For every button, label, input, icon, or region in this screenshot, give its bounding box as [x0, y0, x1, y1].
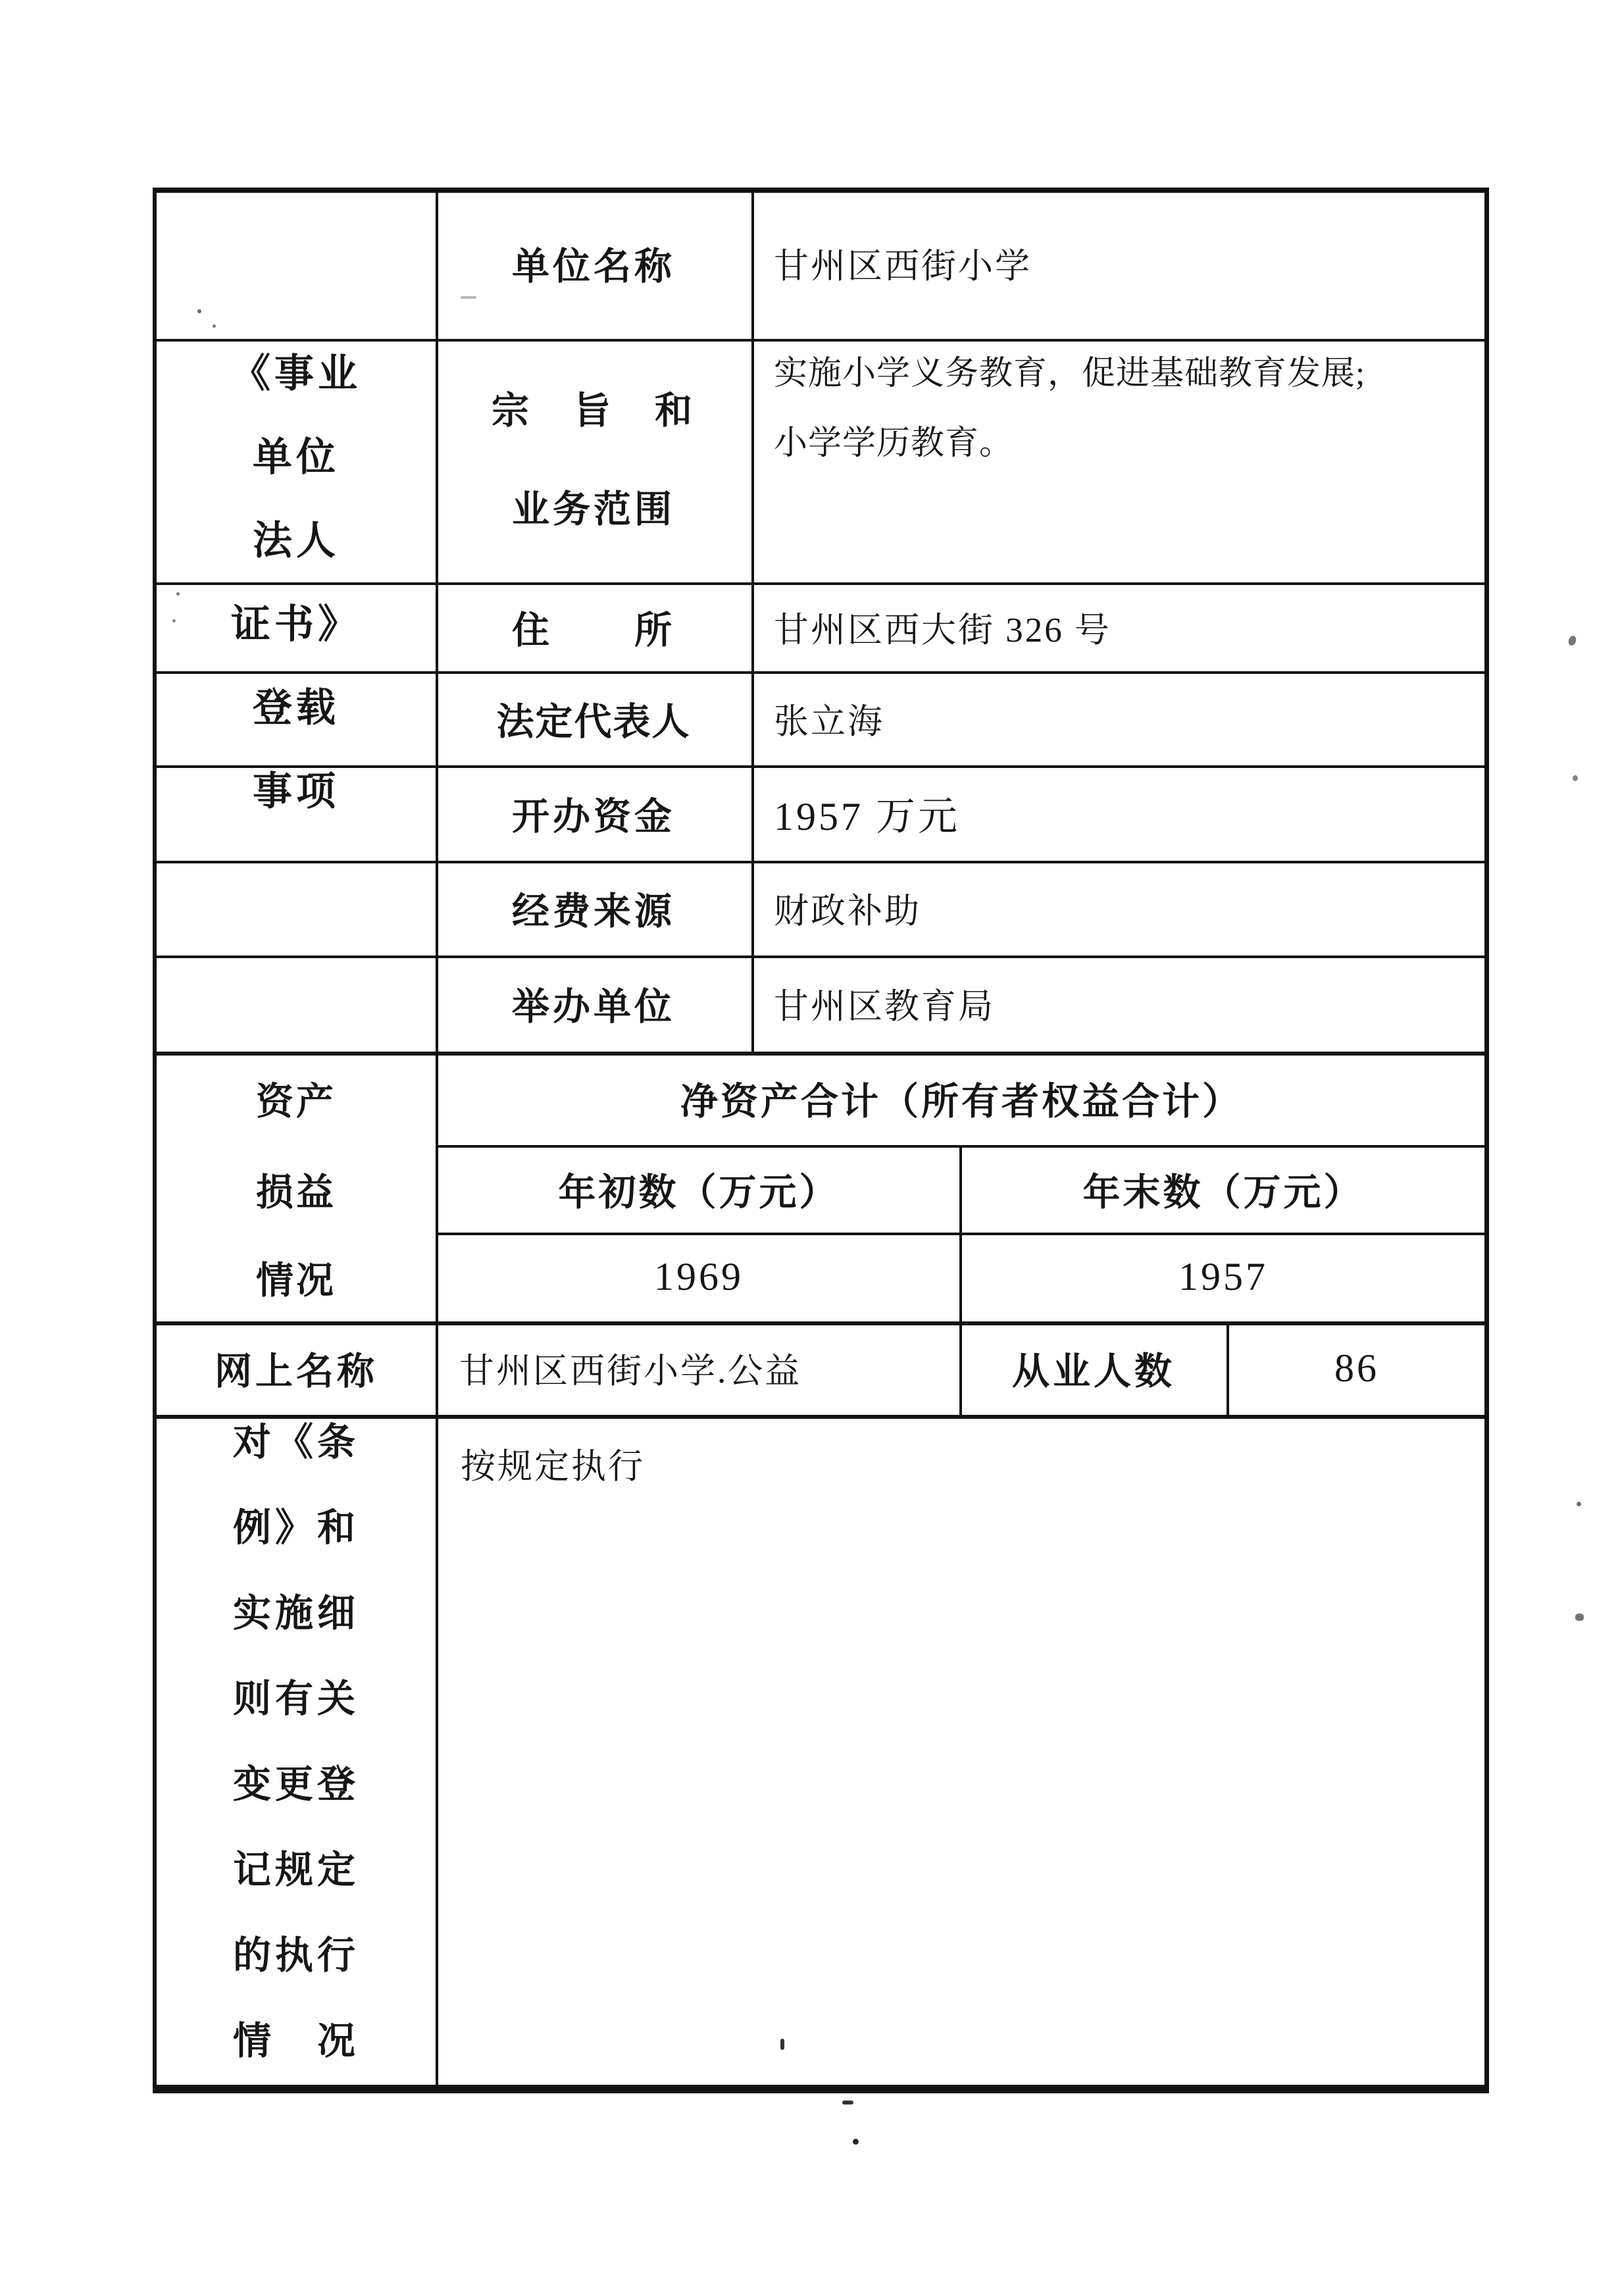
regulation-value: 按规定执行: [438, 1415, 1484, 2085]
funding-source-label: 经费来源: [438, 861, 749, 956]
net-assets-header: 净资产合计（所有者权益合计）: [438, 1052, 1484, 1145]
table-border-bottom: [153, 2085, 1489, 2093]
purpose-scope-label-line1: 宗 旨 和: [492, 362, 696, 461]
opening-capital-label: 开办资金: [438, 765, 749, 861]
assets-side-label-3: 情况: [157, 1233, 436, 1321]
organizer-label: 举办单位: [438, 956, 749, 1052]
scan-artifact: [461, 296, 476, 299]
purpose-scope-label-line2: 业务范围: [512, 461, 675, 559]
year-begin-value: 1969: [438, 1233, 959, 1321]
regulation-side-label-line: 的执行: [233, 1913, 359, 1999]
certificate-side-label-line: 单位: [253, 416, 340, 499]
year-end-header: 年末数（万元）: [962, 1145, 1484, 1233]
regulation-side-label-line: 则有关: [233, 1656, 359, 1742]
scanned-registration-form: 《事业 单位 法人 证书》 登载 事项 单位名称 甘州区西街小学 宗 旨 和 业…: [0, 0, 1620, 2296]
regulation-side-label-line: 实施细: [233, 1571, 359, 1656]
scan-artifact: [780, 2039, 784, 2050]
address-value: 甘州区西大街 326 号: [754, 582, 1483, 671]
regulation-side-label-line: 变更登: [233, 1742, 359, 1827]
scan-artifact: [1577, 1502, 1581, 1506]
certificate-side-label-line: 《事业: [231, 332, 361, 416]
address-label: 住 所: [438, 582, 749, 671]
regulation-side-label-line: 记规定: [233, 1827, 359, 1913]
purpose-scope-value-line2: 小学学历教育。: [774, 409, 1013, 478]
scan-artifact: [176, 592, 180, 596]
table-border-right: [1484, 188, 1489, 2093]
purpose-scope-value: 实施小学义务教育，促进基础教育发展; 小学学历教育。: [754, 339, 1483, 582]
assets-side-label-2: 损益: [157, 1145, 436, 1233]
legal-representative-value: 张立海: [754, 671, 1483, 765]
certificate-side-label-line: 事项: [253, 750, 340, 834]
staff-count-value: 86: [1229, 1321, 1484, 1415]
opening-capital-value: 1957 万元: [754, 765, 1483, 861]
regulation-side-label: 对《条 例》和 实施细 则有关 变更登 记规定 的执行 情 况: [157, 1415, 436, 2085]
organizer-value: 甘州区教育局: [754, 956, 1483, 1052]
scan-artifact: [1567, 635, 1577, 647]
scan-artifact: [853, 2139, 859, 2145]
staff-count-label: 从业人数: [962, 1321, 1225, 1415]
regulation-side-label-line: 情 况: [233, 1999, 359, 2084]
scan-artifact: [1573, 775, 1578, 781]
certificate-side-label-line: 登载: [253, 667, 340, 750]
certificate-side-label-line: 法人: [253, 499, 340, 583]
unit-name-label: 单位名称: [438, 188, 749, 339]
legal-representative-label: 法定代表人: [438, 671, 749, 765]
purpose-scope-value-line1: 实施小学义务教育，促进基础教育发展;: [774, 339, 1365, 409]
year-end-value: 1957: [962, 1233, 1484, 1321]
assets-side-label-1: 资产: [157, 1052, 436, 1145]
regulation-side-label-line: 对《条: [233, 1400, 359, 1485]
scan-artifact: [172, 619, 176, 623]
scan-artifact: [1575, 1614, 1584, 1621]
unit-name-value: 甘州区西街小学: [754, 188, 1483, 339]
scan-artifact: [213, 324, 216, 328]
scan-artifact: [197, 309, 201, 313]
certificate-side-label-line: 证书》: [231, 583, 361, 667]
regulation-side-label-line: 例》和: [233, 1485, 359, 1571]
scan-artifact: [842, 2101, 853, 2105]
funding-source-value: 财政补助: [754, 861, 1483, 956]
online-name-value: 甘州区西街小学.公益: [438, 1321, 958, 1415]
year-begin-header: 年初数（万元）: [438, 1145, 959, 1233]
certificate-side-label: 《事业 单位 法人 证书》 登载 事项: [157, 188, 436, 1052]
purpose-scope-label: 宗 旨 和 业务范围: [438, 339, 749, 582]
